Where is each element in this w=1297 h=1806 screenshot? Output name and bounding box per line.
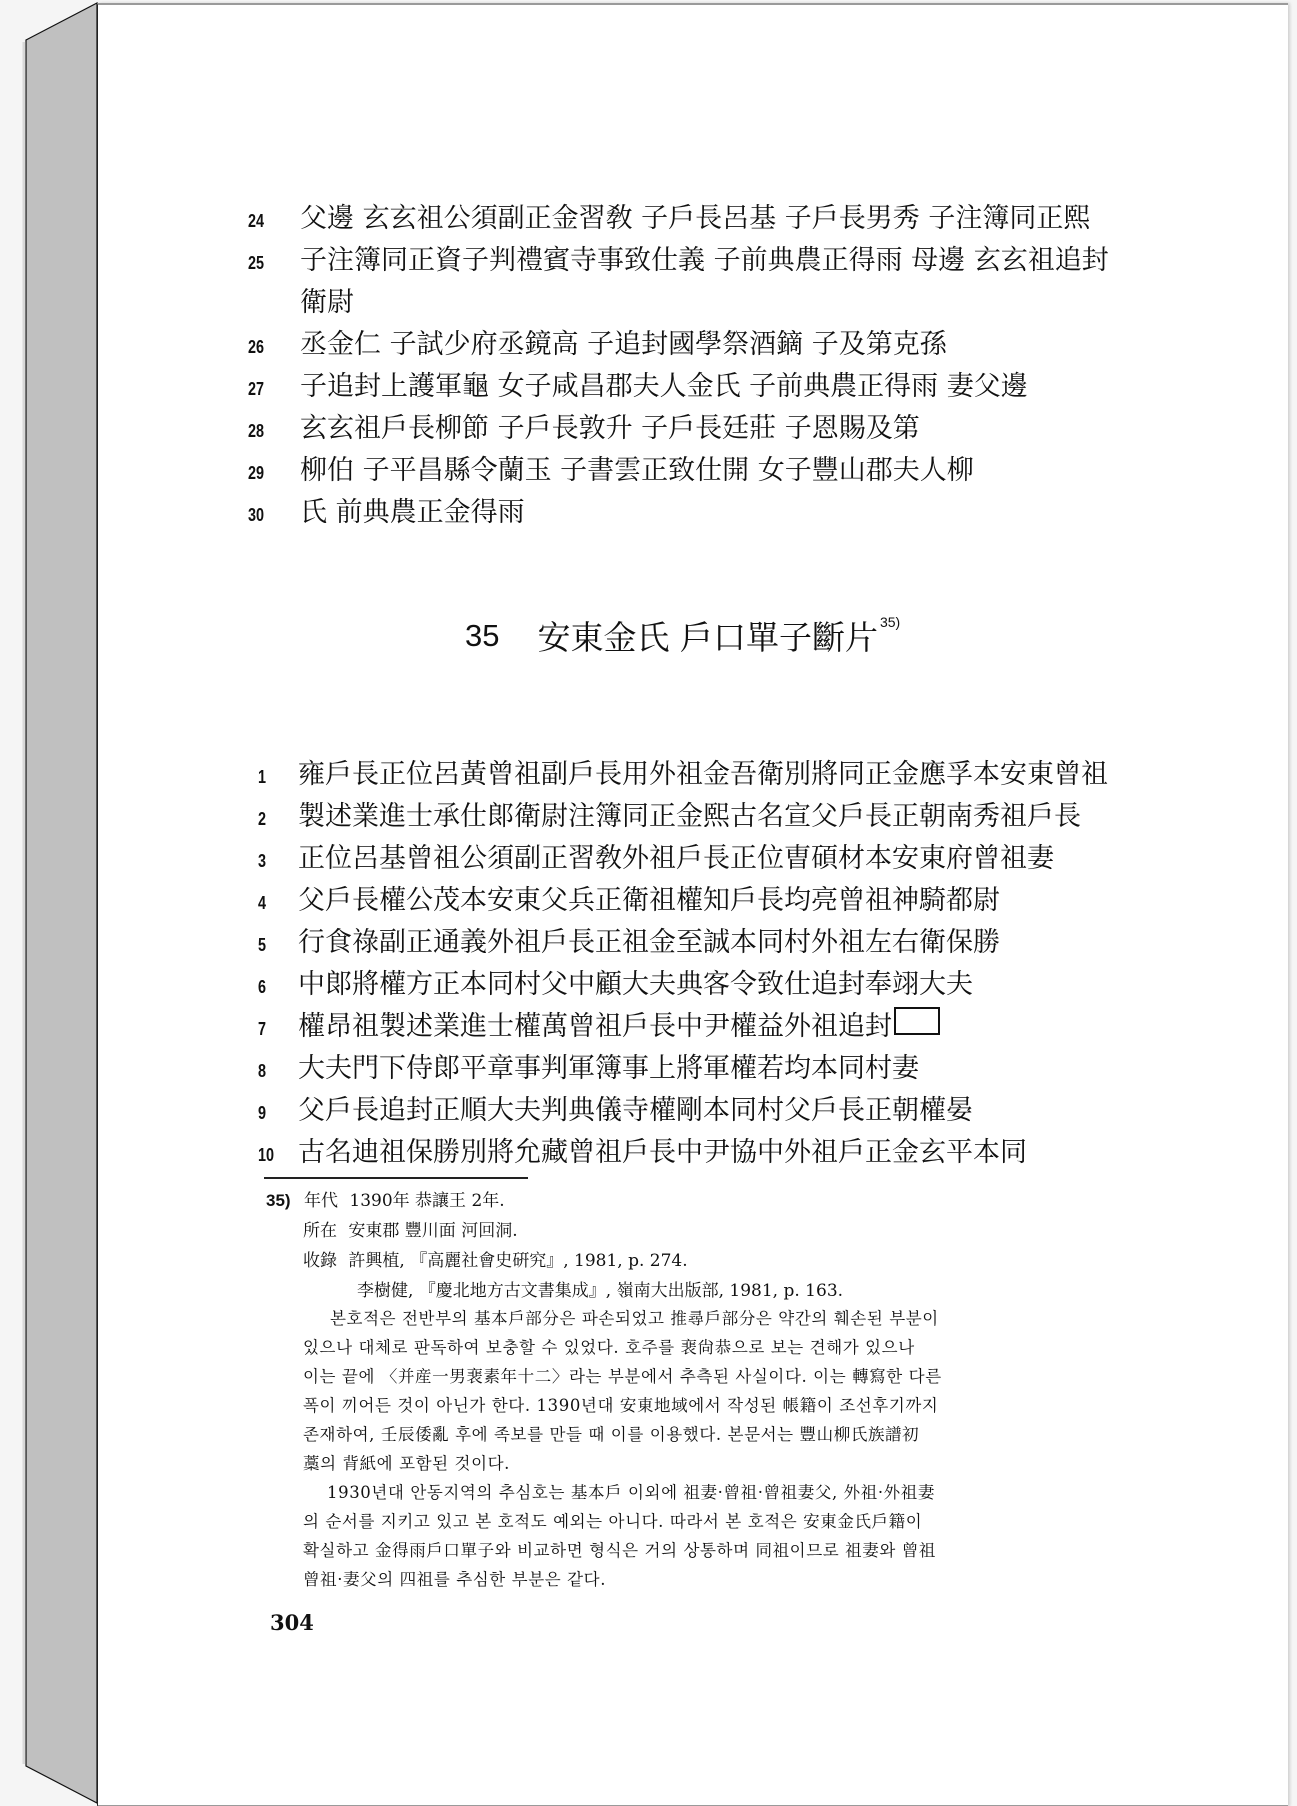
footnote-paragraph-line: 확실하고 金得雨戶口單子와 비교하면 형식은 거의 상통하며 同祖이므로 祖妻와… (303, 1537, 936, 1561)
line-number: 25 (248, 253, 290, 274)
line-number: 6 (258, 977, 290, 998)
line-number: 28 (248, 421, 290, 442)
line-text: 玄玄祖戶長柳節 子戶長敦升 子戶長廷莊 子恩賜及第 (300, 406, 920, 445)
line-text: 父邊 玄玄祖公須副正金習敎 子戶長呂基 子戶長男秀 子注簿同正熙 (300, 196, 1090, 235)
footnote-paragraph-line: 藁의 背紙에 포함된 것이다. (303, 1450, 510, 1474)
text-line: 30 氏 前典農正金得雨 (248, 490, 525, 529)
footnote-paragraph-line: 있으나 대체로 판독하여 보충할 수 있었다. 호주를 裵尙恭으로 보는 견해가… (303, 1334, 915, 1358)
footnote-key: 所在 (303, 1221, 337, 1241)
footnote-paragraph-line: 본호적은 전반부의 基本戶部分은 파손되었고 推尋戶部分은 약간의 훼손된 부분… (330, 1305, 939, 1329)
line-number: 2 (258, 809, 290, 830)
section-title: 安東金氏 戶口單子斷片 (537, 612, 878, 659)
line-text: 父戶長追封正順大夫判典儀寺權剛本同村父戶長正朝權晏 (298, 1088, 973, 1127)
line-number: 26 (248, 337, 290, 358)
text-line: 24 父邊 玄玄祖公須副正金習敎 子戶長呂基 子戶長男秀 子注簿同正熙 (248, 196, 1090, 235)
text-line: 5 行食祿副正通義外祖戶長正祖金至誠本同村外祖左右衛保勝 (258, 920, 1000, 959)
text-line: 6 中郞將權方正本同村父中顧大夫典客令致仕追封奉翊大夫 (258, 962, 973, 1001)
text-line: 9 父戶長追封正順大夫判典儀寺權剛本同村父戶長正朝權晏 (258, 1088, 973, 1127)
line-number: 10 (258, 1145, 290, 1166)
line-number: 1 (258, 767, 290, 788)
line-number: 29 (248, 463, 290, 484)
text-line: 7 權昂祖製述業進士權萬曾祖戶長中尹權益外祖追封 (258, 1004, 940, 1043)
footnote-entry: 李樹健, 『慶北地方古文書集成』, 嶺南大出版部, 1981, p. 163. (357, 1276, 843, 1301)
line-number: 9 (258, 1103, 290, 1124)
footnote-paragraph-line: 1930년대 안동지역의 추심호는 基本戶 이외에 祖妻·曾祖·曾祖妻父, 外祖… (327, 1479, 935, 1503)
text-line: 3 正位呂基曾祖公須副正習敎外祖戶長正位曺碩材本安東府曾祖妻 (258, 836, 1054, 875)
line-number: 27 (248, 379, 290, 400)
text-line: 衛尉 (248, 280, 354, 319)
footnote-key: 收錄 (303, 1251, 337, 1271)
line-text: 父戶長權公茂本安東父兵正衛祖權知戶長均亮曾祖神騎都尉 (298, 878, 1000, 917)
footnote-paragraph-line: 의 순서를 지키고 있고 본 호적도 예외는 아니다. 따라서 본 호적은 安東… (303, 1508, 922, 1532)
line-text: 大夫門下侍郞平章事判軍簿事上將軍權若均本同村妻 (298, 1046, 919, 1085)
missing-characters-box (894, 1007, 940, 1035)
text-line: 8 大夫門下侍郞平章事判軍簿事上將軍權若均本同村妻 (258, 1046, 919, 1085)
line-number: 7 (258, 1019, 290, 1040)
line-text: 製述業進士承仕郞衛尉注簿同正金熙古名宣父戶長正朝南秀祖戶長 (298, 794, 1081, 833)
line-text: 衛尉 (300, 280, 354, 319)
line-number: 5 (258, 935, 290, 956)
footnote-value: 李樹健, 『慶北地方古文書集成』, 嶺南大出版部, 1981, p. 163. (357, 1281, 843, 1301)
footnote-value: 許興植, 『高麗社會史硏究』, 1981, p. 274. (348, 1251, 687, 1271)
footnote-value: 安東郡 豐川面 河回洞. (348, 1221, 517, 1241)
footnote-label: 35) (266, 1191, 291, 1210)
footnote-paragraph-line: 폭이 끼어든 것이 아닌가 한다. 1390년대 安東地域에서 작성된 帳籍이 … (303, 1392, 938, 1416)
text-line: 25 子注簿同正資子判禮賓寺事致仕義 子前典農正得雨 母邊 玄玄祖追封 (248, 238, 1109, 277)
line-number: 24 (248, 211, 290, 232)
text-line: 2 製述業進士承仕郞衛尉注簿同正金熙古名宣父戶長正朝南秀祖戶長 (258, 794, 1081, 833)
line-text: 正位呂基曾祖公須副正習敎外祖戶長正位曺碩材本安東府曾祖妻 (298, 836, 1054, 875)
line-text: 子追封上護軍龜 女子咸昌郡夫人金氏 子前典農正得雨 妻父邊 (300, 364, 1028, 403)
line-text: 行食祿副正通義外祖戶長正祖金至誠本同村外祖左右衛保勝 (298, 920, 1000, 959)
footnote-divider (264, 1177, 528, 1179)
footnote-reference: 35) (880, 614, 900, 630)
footnote-entry: 收錄 許興植, 『高麗社會史硏究』, 1981, p. 274. (303, 1246, 688, 1271)
page-viewer: 24 父邊 玄玄祖公須副正金習敎 子戶長呂基 子戶長男秀 子注簿同正熙 25 子… (0, 0, 1297, 1806)
line-number: 3 (258, 851, 290, 872)
line-text: 中郞將權方正本同村父中顧大夫典客令致仕追封奉翊大夫 (298, 962, 973, 1001)
page-number: 304 (270, 1610, 314, 1635)
text-line: 28 玄玄祖戶長柳節 子戶長敦升 子戶長廷莊 子恩賜及第 (248, 406, 920, 445)
text-line: 27 子追封上護軍龜 女子咸昌郡夫人金氏 子前典農正得雨 妻父邊 (248, 364, 1028, 403)
section-heading: 35 安東金氏 戶口單子斷片 35) (465, 612, 900, 659)
line-number: 4 (258, 893, 290, 914)
line-text: 古名迪祖保勝別將允藏曾祖戶長中尹協中外祖戶正金玄平本同 (298, 1130, 1027, 1169)
line-text: 丞金仁 子試少府丞鏡高 子追封國學祭酒鏑 子及第克孫 (300, 322, 947, 361)
footnote-paragraph-line: 존재하여, 壬辰倭亂 후에 족보를 만들 때 이를 이용했다. 본문서는 豐山柳… (303, 1421, 919, 1445)
line-text: 權昂祖製述業進士權萬曾祖戶長中尹權益外祖追封 (298, 1004, 892, 1043)
text-line: 4 父戶長權公茂本安東父兵正衛祖權知戶長均亮曾祖神騎都尉 (258, 878, 1000, 917)
footnote-paragraph-line: 曾祖·妻父의 四祖를 추심한 부분은 같다. (303, 1566, 606, 1590)
text-line: 1 雍戶長正位呂黃曾祖副戶長用外祖金吾衛別將同正金應孚本安東曾祖 (258, 752, 1108, 791)
line-text: 氏 前典農正金得雨 (300, 490, 525, 529)
line-number: 30 (248, 505, 290, 526)
footnote-entry: 35) 年代 1390年 恭讓王 2年. (266, 1186, 505, 1211)
text-line: 26 丞金仁 子試少府丞鏡高 子追封國學祭酒鏑 子及第克孫 (248, 322, 947, 361)
text-line: 29 柳伯 子平昌縣令蘭玉 子書雲正致仕開 女子豐山郡夫人柳 (248, 448, 974, 487)
line-text: 子注簿同正資子判禮賓寺事致仕義 子前典農正得雨 母邊 玄玄祖追封 (300, 238, 1109, 277)
footnote-paragraph-line: 이는 끝에 〈并産一男裵素年十二〉라는 부분에서 추측된 사실이다. 이는 轉寫… (303, 1363, 942, 1387)
section-number: 35 (465, 618, 499, 654)
footnote-entry: 所在 安東郡 豐川面 河回洞. (303, 1216, 518, 1241)
text-line: 10 古名迪祖保勝別將允藏曾祖戶長中尹協中外祖戶正金玄平本同 (258, 1130, 1027, 1169)
footnote-value: 1390年 恭讓王 2年. (349, 1191, 504, 1211)
footnote-key: 年代 (304, 1191, 338, 1211)
line-text: 柳伯 子平昌縣令蘭玉 子書雲正致仕開 女子豐山郡夫人柳 (300, 448, 974, 487)
line-number: 8 (258, 1061, 290, 1082)
line-text: 雍戶長正位呂黃曾祖副戶長用外祖金吾衛別將同正金應孚本安東曾祖 (298, 752, 1108, 791)
